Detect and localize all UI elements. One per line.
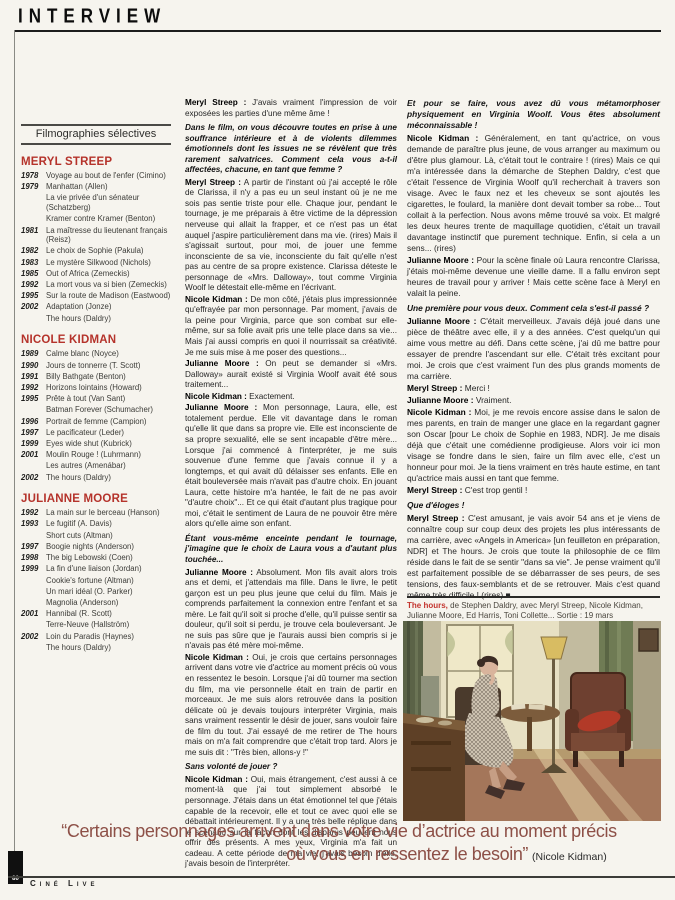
interview-question: Une première pour vous deux. Comment cel… bbox=[407, 303, 660, 314]
filmography-year: 1995 bbox=[21, 394, 46, 404]
filmography-entry: 1989Calme blanc (Noyce) bbox=[21, 349, 171, 359]
filmography-year: 1999 bbox=[21, 439, 46, 449]
filmography-year bbox=[21, 576, 46, 586]
top-rule bbox=[14, 30, 661, 32]
pull-quote: “Certains personnages arrivent dans votr… bbox=[18, 820, 660, 869]
speaker-name: Julianne Moore : bbox=[407, 316, 476, 326]
filmography-title: Le choix de Sophie (Pakula) bbox=[46, 246, 171, 256]
interview-answer: Julianne Moore : On peut se demander si … bbox=[185, 359, 397, 391]
filmography-title: Hannibal (R. Scott) bbox=[46, 609, 171, 619]
pull-quote-attribution: (Nicole Kidman) bbox=[532, 851, 607, 863]
speaker-name: Nicole Kidman : bbox=[185, 775, 248, 784]
filmography-title: Magnolia (Anderson) bbox=[46, 598, 171, 608]
speaker-name: Nicole Kidman : bbox=[407, 133, 478, 143]
filmography-entry: Cookie's fortune (Altman) bbox=[21, 576, 171, 586]
interview-answer: Nicole Kidman : Généralement, en tant qu… bbox=[407, 133, 660, 254]
filmography-title: Short cuts (Altman) bbox=[46, 531, 171, 541]
interview-answer: Nicole Kidman : Moi, je me revois encore… bbox=[407, 407, 660, 484]
filmography-year: 1991 bbox=[21, 372, 46, 382]
interview-answer: Nicole Kidman : Oui, je crois que certai… bbox=[185, 653, 397, 758]
filmography-title: La mort vous va si bien (Zemeckis) bbox=[46, 280, 171, 290]
filmography-title: The hours (Daldry) bbox=[46, 314, 171, 324]
filmography-title: La fin d'une liaison (Jordan) bbox=[46, 564, 171, 574]
filmography-year bbox=[21, 587, 46, 597]
filmography-title: Voyage au bout de l'enfer (Cimino) bbox=[46, 171, 171, 181]
speaker-name: Julianne Moore : bbox=[407, 395, 474, 405]
filmography-year bbox=[21, 405, 46, 415]
filmography-actress-name: MERYL STREEP bbox=[21, 156, 171, 168]
film-still-illustration bbox=[403, 621, 661, 821]
filmography-title: Sur la route de Madison (Eastwood) bbox=[46, 291, 171, 301]
sidebar-title: Filmographies sélectives bbox=[21, 124, 171, 145]
filmography-entry: 1992La mort vous va si bien (Zemeckis) bbox=[21, 280, 171, 290]
filmography-title: Le fugitif (A. Davis) bbox=[46, 519, 171, 529]
speaker-name: Julianne Moore : bbox=[185, 359, 259, 368]
page-number-tab: 80 bbox=[8, 851, 23, 884]
interview-answer: Meryl Streep : C'est trop gentil ! bbox=[407, 485, 660, 496]
filmography-entry: 1992La main sur le berceau (Hanson) bbox=[21, 508, 171, 518]
filmography-year bbox=[21, 461, 46, 471]
speaker-name: Meryl Streep : bbox=[185, 98, 246, 107]
interview-answer: Julianne Moore : Pour la scène finale où… bbox=[407, 255, 660, 299]
filmography-entry: 2001Hannibal (R. Scott) bbox=[21, 609, 171, 619]
filmography-entry: 1979Manhattan (Allen) bbox=[21, 182, 171, 192]
pull-quote-line2-text: où vous en ressentez le besoin” bbox=[286, 844, 528, 864]
filmography-sidebar: Filmographies sélectives MERYL STREEP197… bbox=[21, 124, 171, 654]
filmography-title: Les autres (Amenábar) bbox=[46, 461, 171, 471]
filmography-year: 1999 bbox=[21, 564, 46, 574]
filmography-entry: 2001Moulin Rouge ! (Luhrmann) bbox=[21, 450, 171, 460]
filmography-year: 1997 bbox=[21, 428, 46, 438]
filmography-entry: 1996Portrait de femme (Campion) bbox=[21, 417, 171, 427]
interview-question: Dans le film, on vous découvre toutes en… bbox=[185, 123, 397, 176]
filmography-title: Boogie nights (Anderson) bbox=[46, 542, 171, 552]
interview-question: Et pour se faire, vous avez dû vous méta… bbox=[407, 98, 660, 131]
filmography-year: 1982 bbox=[21, 246, 46, 256]
filmography-title: Batman Forever (Schumacher) bbox=[46, 405, 171, 415]
speaker-name: Meryl Streep : bbox=[407, 485, 462, 495]
interview-answer: Nicole Kidman : De mon côté, j'étais plu… bbox=[185, 295, 397, 358]
filmography-title: Eyes wide shut (Kubrick) bbox=[46, 439, 171, 449]
filmography-entry: 1985Out of Africa (Zemeckis) bbox=[21, 269, 171, 279]
filmography-entry: The hours (Daldry) bbox=[21, 643, 171, 653]
filmography-year: 1993 bbox=[21, 519, 46, 529]
filmography-entry: Magnolia (Anderson) bbox=[21, 598, 171, 608]
filmography-entry: Short cuts (Altman) bbox=[21, 531, 171, 541]
filmography-title: The hours (Daldry) bbox=[46, 473, 171, 483]
filmography-title: Portrait de femme (Campion) bbox=[46, 417, 171, 427]
interview-question: Que d'éloges ! bbox=[407, 500, 660, 511]
interview-answer: Meryl Streep : A partir de l'instant où … bbox=[185, 178, 397, 294]
interview-question: Sans volonté de jouer ? bbox=[185, 762, 397, 773]
filmography-year: 1990 bbox=[21, 361, 46, 371]
filmography-entry: Les autres (Amenábar) bbox=[21, 461, 171, 471]
interview-answer: Julianne Moore : C'était merveilleux. J'… bbox=[407, 316, 660, 382]
interview-answer: Nicole Kidman : Exactement. bbox=[185, 392, 397, 403]
interview-answer: Julianne Moore : Absolument. Mon fils av… bbox=[185, 568, 397, 652]
filmography-title: Kramer contre Kramer (Benton) bbox=[46, 214, 171, 224]
filmography-year: 1992 bbox=[21, 508, 46, 518]
filmography-entry: Un mari idéal (O. Parker) bbox=[21, 587, 171, 597]
filmography-title: Le pacificateur (Leder) bbox=[46, 428, 171, 438]
left-rule bbox=[14, 30, 15, 876]
film-still-photo bbox=[403, 621, 661, 821]
filmography-year bbox=[21, 531, 46, 541]
speaker-name: Meryl Streep : bbox=[407, 383, 462, 393]
speaker-name: Meryl Streep : bbox=[185, 178, 241, 187]
filmography-year bbox=[21, 214, 46, 224]
filmography-entry: 2002Loin du Paradis (Haynes) bbox=[21, 632, 171, 642]
pull-quote-line1: “Certains personnages arrivent dans votr… bbox=[18, 820, 660, 843]
filmography-year: 1981 bbox=[21, 226, 46, 245]
filmography-year: 2001 bbox=[21, 450, 46, 460]
filmography-entry: 1982Le choix de Sophie (Pakula) bbox=[21, 246, 171, 256]
filmography-year: 1979 bbox=[21, 182, 46, 192]
filmography-title: Out of Africa (Zemeckis) bbox=[46, 269, 171, 279]
filmography-title: Adaptation (Jonze) bbox=[46, 302, 171, 312]
filmography-year: 1998 bbox=[21, 553, 46, 563]
filmography-year: 1978 bbox=[21, 171, 46, 181]
interview-answer: Julianne Moore : Mon personnage, Laura, … bbox=[185, 403, 397, 530]
filmography-entry: 1981La maîtresse du lieutenant français … bbox=[21, 226, 171, 245]
filmography-title: Cookie's fortune (Altman) bbox=[46, 576, 171, 586]
filmography-title: Jours de tonnerre (T. Scott) bbox=[46, 361, 171, 371]
filmography-year bbox=[21, 620, 46, 630]
filmography-year: 1992 bbox=[21, 383, 46, 393]
filmography-entry: 1995Prête à tout (Van Sant) bbox=[21, 394, 171, 404]
filmography-title: The big Lebowski (Coen) bbox=[46, 553, 171, 563]
filmography-year: 1989 bbox=[21, 349, 46, 359]
filmography-entry: The hours (Daldry) bbox=[21, 314, 171, 324]
filmography-entry: 1998The big Lebowski (Coen) bbox=[21, 553, 171, 563]
filmography-actress-name: NICOLE KIDMAN bbox=[21, 334, 171, 346]
filmography-year bbox=[21, 643, 46, 653]
filmography-year bbox=[21, 193, 46, 212]
filmography-year: 1985 bbox=[21, 269, 46, 279]
filmography-title: Loin du Paradis (Haynes) bbox=[46, 632, 171, 642]
filmography-title: Calme blanc (Noyce) bbox=[46, 349, 171, 359]
filmography-title: Terre-Neuve (Hallström) bbox=[46, 620, 171, 630]
filmography-year: 1997 bbox=[21, 542, 46, 552]
filmography-entry: 1999Eyes wide shut (Kubrick) bbox=[21, 439, 171, 449]
filmography-title: La vie privée d'un sénateur (Schatzberg) bbox=[46, 193, 171, 212]
filmography-title: Horizons lointains (Howard) bbox=[46, 383, 171, 393]
filmography-entry: 2002Adaptation (Jonze) bbox=[21, 302, 171, 312]
filmography-entry: 1997Boogie nights (Anderson) bbox=[21, 542, 171, 552]
filmography-title: Le mystère Silkwood (Nichols) bbox=[46, 258, 171, 268]
filmography-year: 2002 bbox=[21, 632, 46, 642]
filmography-entry: 1992Horizons lointains (Howard) bbox=[21, 383, 171, 393]
filmography-entry: 1993Le fugitif (A. Davis) bbox=[21, 519, 171, 529]
speaker-name: Nicole Kidman : bbox=[185, 653, 249, 662]
filmography-entry: 2002The hours (Daldry) bbox=[21, 473, 171, 483]
speaker-name: Nicole Kidman : bbox=[185, 295, 248, 304]
filmography-title: Prête à tout (Van Sant) bbox=[46, 394, 171, 404]
filmography-title: The hours (Daldry) bbox=[46, 643, 171, 653]
speaker-name: Julianne Moore : bbox=[185, 568, 253, 577]
filmography-year bbox=[21, 314, 46, 324]
speaker-name: Julianne Moore : bbox=[185, 403, 257, 412]
filmography-entry: 1983Le mystère Silkwood (Nichols) bbox=[21, 258, 171, 268]
caption-film-title: The hours, bbox=[407, 601, 448, 610]
filmography-title: Manhattan (Allen) bbox=[46, 182, 171, 192]
filmography-entry: Terre-Neuve (Hallström) bbox=[21, 620, 171, 630]
interview-column-1: Meryl Streep : J'avais vraiment l'impres… bbox=[185, 98, 397, 871]
speaker-name: Nicole Kidman : bbox=[407, 407, 471, 417]
filmography-entry: 1990Jours de tonnerre (T. Scott) bbox=[21, 361, 171, 371]
filmography-title: Moulin Rouge ! (Luhrmann) bbox=[46, 450, 171, 460]
section-label: INTERVIEW bbox=[18, 5, 166, 29]
filmography-year: 2002 bbox=[21, 473, 46, 483]
interview-answer: Meryl Streep : J'avais vraiment l'impres… bbox=[185, 98, 397, 119]
speaker-name: Nicole Kidman : bbox=[185, 392, 247, 401]
filmography-entry: Kramer contre Kramer (Benton) bbox=[21, 214, 171, 224]
interview-question: Étant vous-même enceinte pendant le tour… bbox=[185, 534, 397, 566]
interview-answer: Julianne Moore : Vraiment. bbox=[407, 395, 660, 406]
filmography-year: 2002 bbox=[21, 302, 46, 312]
filmography-list: MERYL STREEP1978Voyage au bout de l'enfe… bbox=[21, 156, 171, 652]
filmography-entry: 1995Sur la route de Madison (Eastwood) bbox=[21, 291, 171, 301]
filmography-entry: La vie privée d'un sénateur (Schatzberg) bbox=[21, 193, 171, 212]
filmography-title: La maîtresse du lieutenant français (Rei… bbox=[46, 226, 171, 245]
magazine-logo: Ciné Live bbox=[30, 879, 99, 888]
film-caption: The hours, de Stephen Daldry, avec Meryl… bbox=[407, 596, 660, 620]
filmography-year: 1992 bbox=[21, 280, 46, 290]
filmography-entry: 1999La fin d'une liaison (Jordan) bbox=[21, 564, 171, 574]
interview-answer: Meryl Streep : C'est amusant, je vais av… bbox=[407, 513, 660, 601]
filmography-title: La main sur le berceau (Hanson) bbox=[46, 508, 171, 518]
filmography-year: 1996 bbox=[21, 417, 46, 427]
interview-answer: Meryl Streep : Merci ! bbox=[407, 383, 660, 394]
filmography-entry: 1978Voyage au bout de l'enfer (Cimino) bbox=[21, 171, 171, 181]
filmography-year: 1995 bbox=[21, 291, 46, 301]
filmography-year: 2001 bbox=[21, 609, 46, 619]
bottom-rule bbox=[8, 876, 675, 878]
filmography-actress-name: JULIANNE MOORE bbox=[21, 493, 171, 505]
speaker-name: Meryl Streep : bbox=[407, 513, 465, 523]
filmography-year: 1983 bbox=[21, 258, 46, 268]
interview-column-2: Et pour se faire, vous avez dû vous méta… bbox=[407, 94, 660, 602]
speaker-name: Julianne Moore : bbox=[407, 255, 474, 265]
filmography-entry: 1991Billy Bathgate (Benton) bbox=[21, 372, 171, 382]
filmography-entry: Batman Forever (Schumacher) bbox=[21, 405, 171, 415]
filmography-title: Un mari idéal (O. Parker) bbox=[46, 587, 171, 597]
filmography-entry: 1997Le pacificateur (Leder) bbox=[21, 428, 171, 438]
pull-quote-line2: où vous en ressentez le besoin”(Nicole K… bbox=[233, 843, 660, 869]
filmography-title: Billy Bathgate (Benton) bbox=[46, 372, 171, 382]
filmography-year bbox=[21, 598, 46, 608]
